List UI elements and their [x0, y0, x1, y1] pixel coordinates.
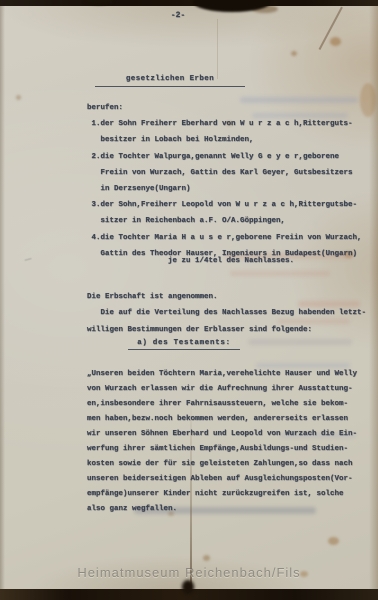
museum-watermark: Heimatmuseum Reichenbach/Fils [0, 565, 378, 580]
archival-document-photo: -2- gesetzlichen Erben berufen: 1.der So… [0, 0, 378, 600]
stain [360, 83, 376, 117]
ink-bleed [248, 339, 352, 345]
document-page: -2- gesetzlichen Erben berufen: 1.der So… [0, 5, 378, 590]
photo-background-top-edge [0, 0, 378, 6]
paper-edge-notch [84, 0, 114, 5]
stain [330, 37, 341, 46]
inheritance-share-line: je zu 1/4tel des Nachlasses. [168, 257, 294, 265]
stain [203, 555, 210, 561]
document-heading: gesetzlichen Erben [95, 75, 245, 87]
section-heading: a) des Testaments: [128, 339, 240, 350]
photo-background-bottom-edge [0, 589, 378, 600]
fold-line-top [217, 19, 218, 79]
paper-edge-notch [182, 580, 194, 594]
stain [291, 51, 297, 56]
stain [16, 95, 21, 100]
stain [328, 537, 339, 545]
testament-paragraph: „Unseren beiden Töchtern Maria,verehelic… [87, 367, 357, 517]
acceptance-paragraph: Die Erbschaft ist angenommen. Die auf di… [87, 289, 366, 338]
page-number: -2- [163, 11, 193, 20]
pencil-mark [23, 253, 31, 261]
heirs-list: berufen: 1.der Sohn Freiherr Eberhard vo… [87, 100, 362, 262]
ink-bleed [230, 271, 330, 276]
